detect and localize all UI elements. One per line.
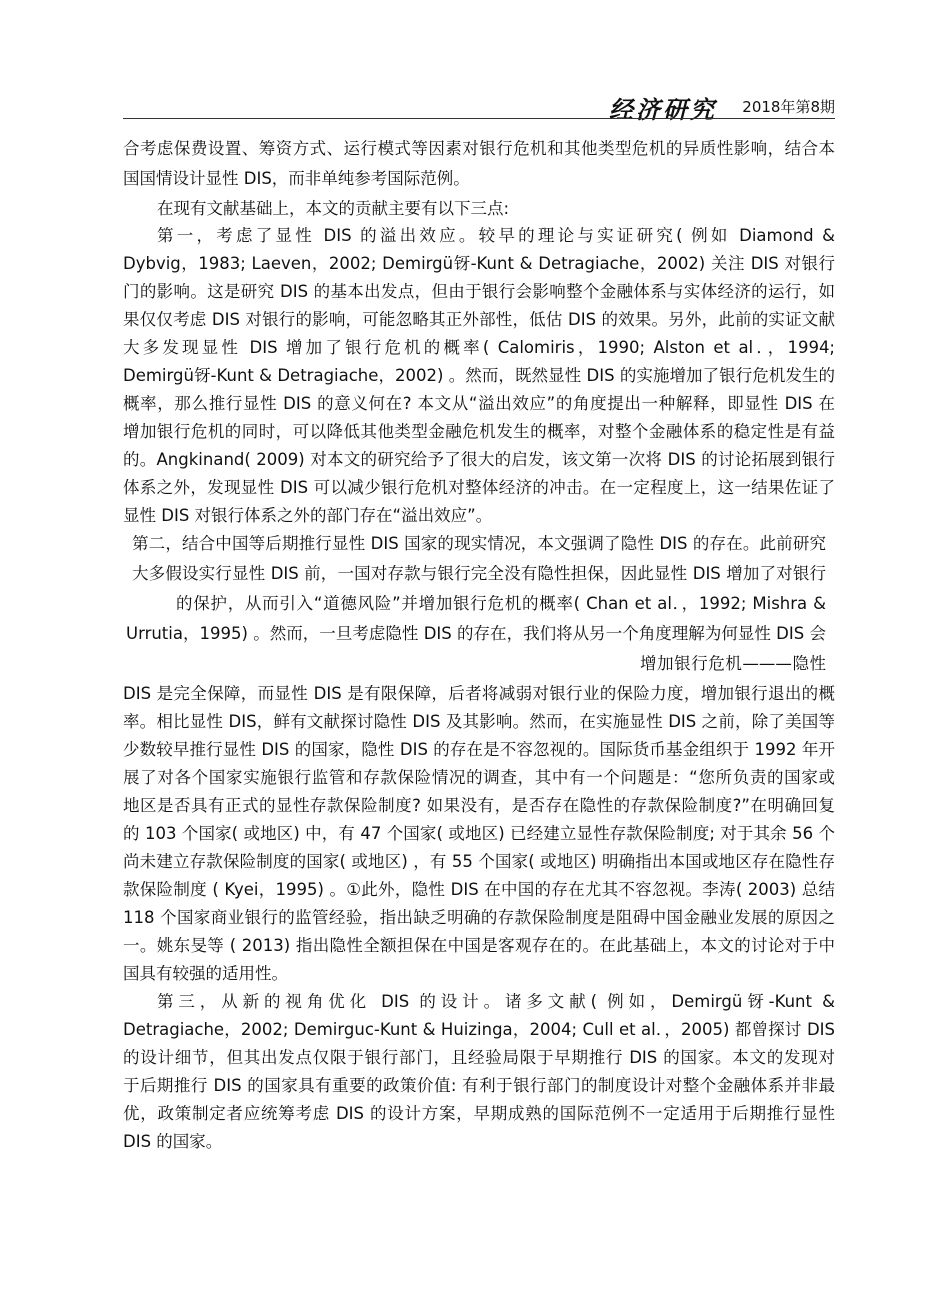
running-header: 经济研究 2018年第8期 [123, 88, 835, 120]
text-line: 在现有文献基础上，本文的贡献主要有以下三点: [157, 198, 509, 220]
journal-title: 经济研究 [609, 90, 717, 125]
text-line: 国国情设计显性 DIS，而非单纯参考国际范例。 [123, 168, 470, 190]
header-divider [123, 118, 835, 119]
text-line: 地区是否具有正式的显性存款保险制度? 如果没有，是否存在隐性的存款保险制度?”在… [123, 795, 835, 817]
text-line: 门的影响。这是研究 DIS 的基本出发点，但由于银行会影响整个金融体系与实体经济… [123, 281, 835, 303]
text-line: 第三，从新的视角优化 DIS 的设计。诸多文献( 例如，Demirgü䥺-Kun… [157, 991, 835, 1013]
text-line: 于后期推行 DIS 的国家具有重要的政策价值: 有利于银行部门的制度设计对整个金… [123, 1075, 835, 1097]
text-line: 国具有较强的适用性。 [123, 963, 288, 985]
issue-number: 2018年第8期 [742, 96, 835, 117]
text-line: 增加银行危机的同时，可以降低其他类型金融危机发生的概率，对整个金融体系的稳定性是… [123, 421, 835, 443]
text-line: 的 103 个国家( 或地区) 中，有 47 个国家( 或地区) 已经建立显性存… [123, 823, 835, 845]
text-line: 果仅仅考虑 DIS 对银行的影响，可能忽略其正外部性，低估 DIS 的效果。另外… [123, 309, 835, 331]
text-line: Dybvig，1983; Laeven，2002; Demirgü䥺-Kunt … [123, 253, 835, 275]
text-line: Urrutia，1995) 。然而，一旦考虑隐性 DIS 的存在，我们将从另一个… [126, 623, 826, 645]
text-line: DIS 的国家。 [123, 1131, 222, 1153]
text-line: Detragiache，2002; Demirguc-Kunt & Huizin… [123, 1019, 835, 1041]
text-line: 118 个国家商业银行的监管经验，指出缺乏明确的存款保险制度是阻碍中国金融业发展… [123, 907, 835, 929]
text-line: 显性 DIS 对银行体系之外的部门存在“溢出效应”。 [123, 505, 492, 527]
text-line: 的设计细节，但其出发点仅限于银行部门，且经验局限于早期推行 DIS 的国家。本文… [123, 1047, 835, 1069]
text-line: 合考虑保费设置、筹资方式、运行模式等因素对银行危机和其他类型危机的异质性影响，结… [123, 138, 835, 160]
text-line: 大多发现显性 DIS 增加了银行危机的概率( Calomiris，1990; A… [123, 337, 835, 359]
text-line: Demirgü䥺-Kunt & Detragiache，2002) 。然而，既然… [123, 365, 835, 387]
text-line: 体系之外，发现显性 DIS 可以减少银行危机对整体经济的冲击。在一定程度上，这一… [123, 477, 835, 499]
text-line: 增加银行危机———隐性 [640, 653, 826, 675]
text-line: 优，政策制定者应统筹考虑 DIS 的设计方案，早期成熟的国际范例不一定适用于后期… [123, 1103, 835, 1125]
text-line: 率。相比显性 DIS，鲜有文献探讨隐性 DIS 及其影响。然而，在实施显性 DI… [123, 711, 835, 733]
text-line: 展了对各个国家实施银行监管和存款保险情况的调查，其中有一个问题是：“您所负责的国… [123, 767, 835, 789]
text-line: 尚未建立存款保险制度的国家( 或地区) ，有 55 个国家( 或地区) 明确指出… [123, 851, 835, 873]
text-line: 一。姚东旻等 ( 2013) 指出隐性全额担保在中国是客观存在的。在此基础上，本… [123, 935, 835, 957]
text-line: 的。Angkinand( 2009) 对本文的研究给予了很大的启发，该文第一次将… [123, 449, 835, 471]
text-line: DIS 是完全保障，而显性 DIS 是有限保障，后者将减弱对银行业的保险力度，增… [123, 683, 835, 705]
text-line: 第一，考虑了显性 DIS 的溢出效应。较早的理论与实证研究( 例如 Diamon… [157, 225, 835, 247]
text-line: 大多假设实行显性 DIS 前，一国对存款与银行完全没有隐性担保，因此显性 DIS… [132, 563, 826, 585]
text-line: 的保护，从而引入“道德风险”并增加银行危机的概率( Chan et al．，19… [176, 593, 826, 615]
text-line: 概率，那么推行显性 DIS 的意义何在? 本文从“溢出效应”的角度提出一种解释，… [123, 393, 835, 415]
text-line: 少数较早推行显性 DIS 的国家，隐性 DIS 的存在是不容忽视的。国际货币基金… [123, 739, 835, 761]
text-line: 款保险制度 ( Kyei，1995) 。①此外，隐性 DIS 在中国的存在尤其不… [123, 879, 835, 901]
text-line: 第二，结合中国等后期推行显性 DIS 国家的现实情况，本文强调了隐性 DIS 的… [132, 533, 826, 555]
